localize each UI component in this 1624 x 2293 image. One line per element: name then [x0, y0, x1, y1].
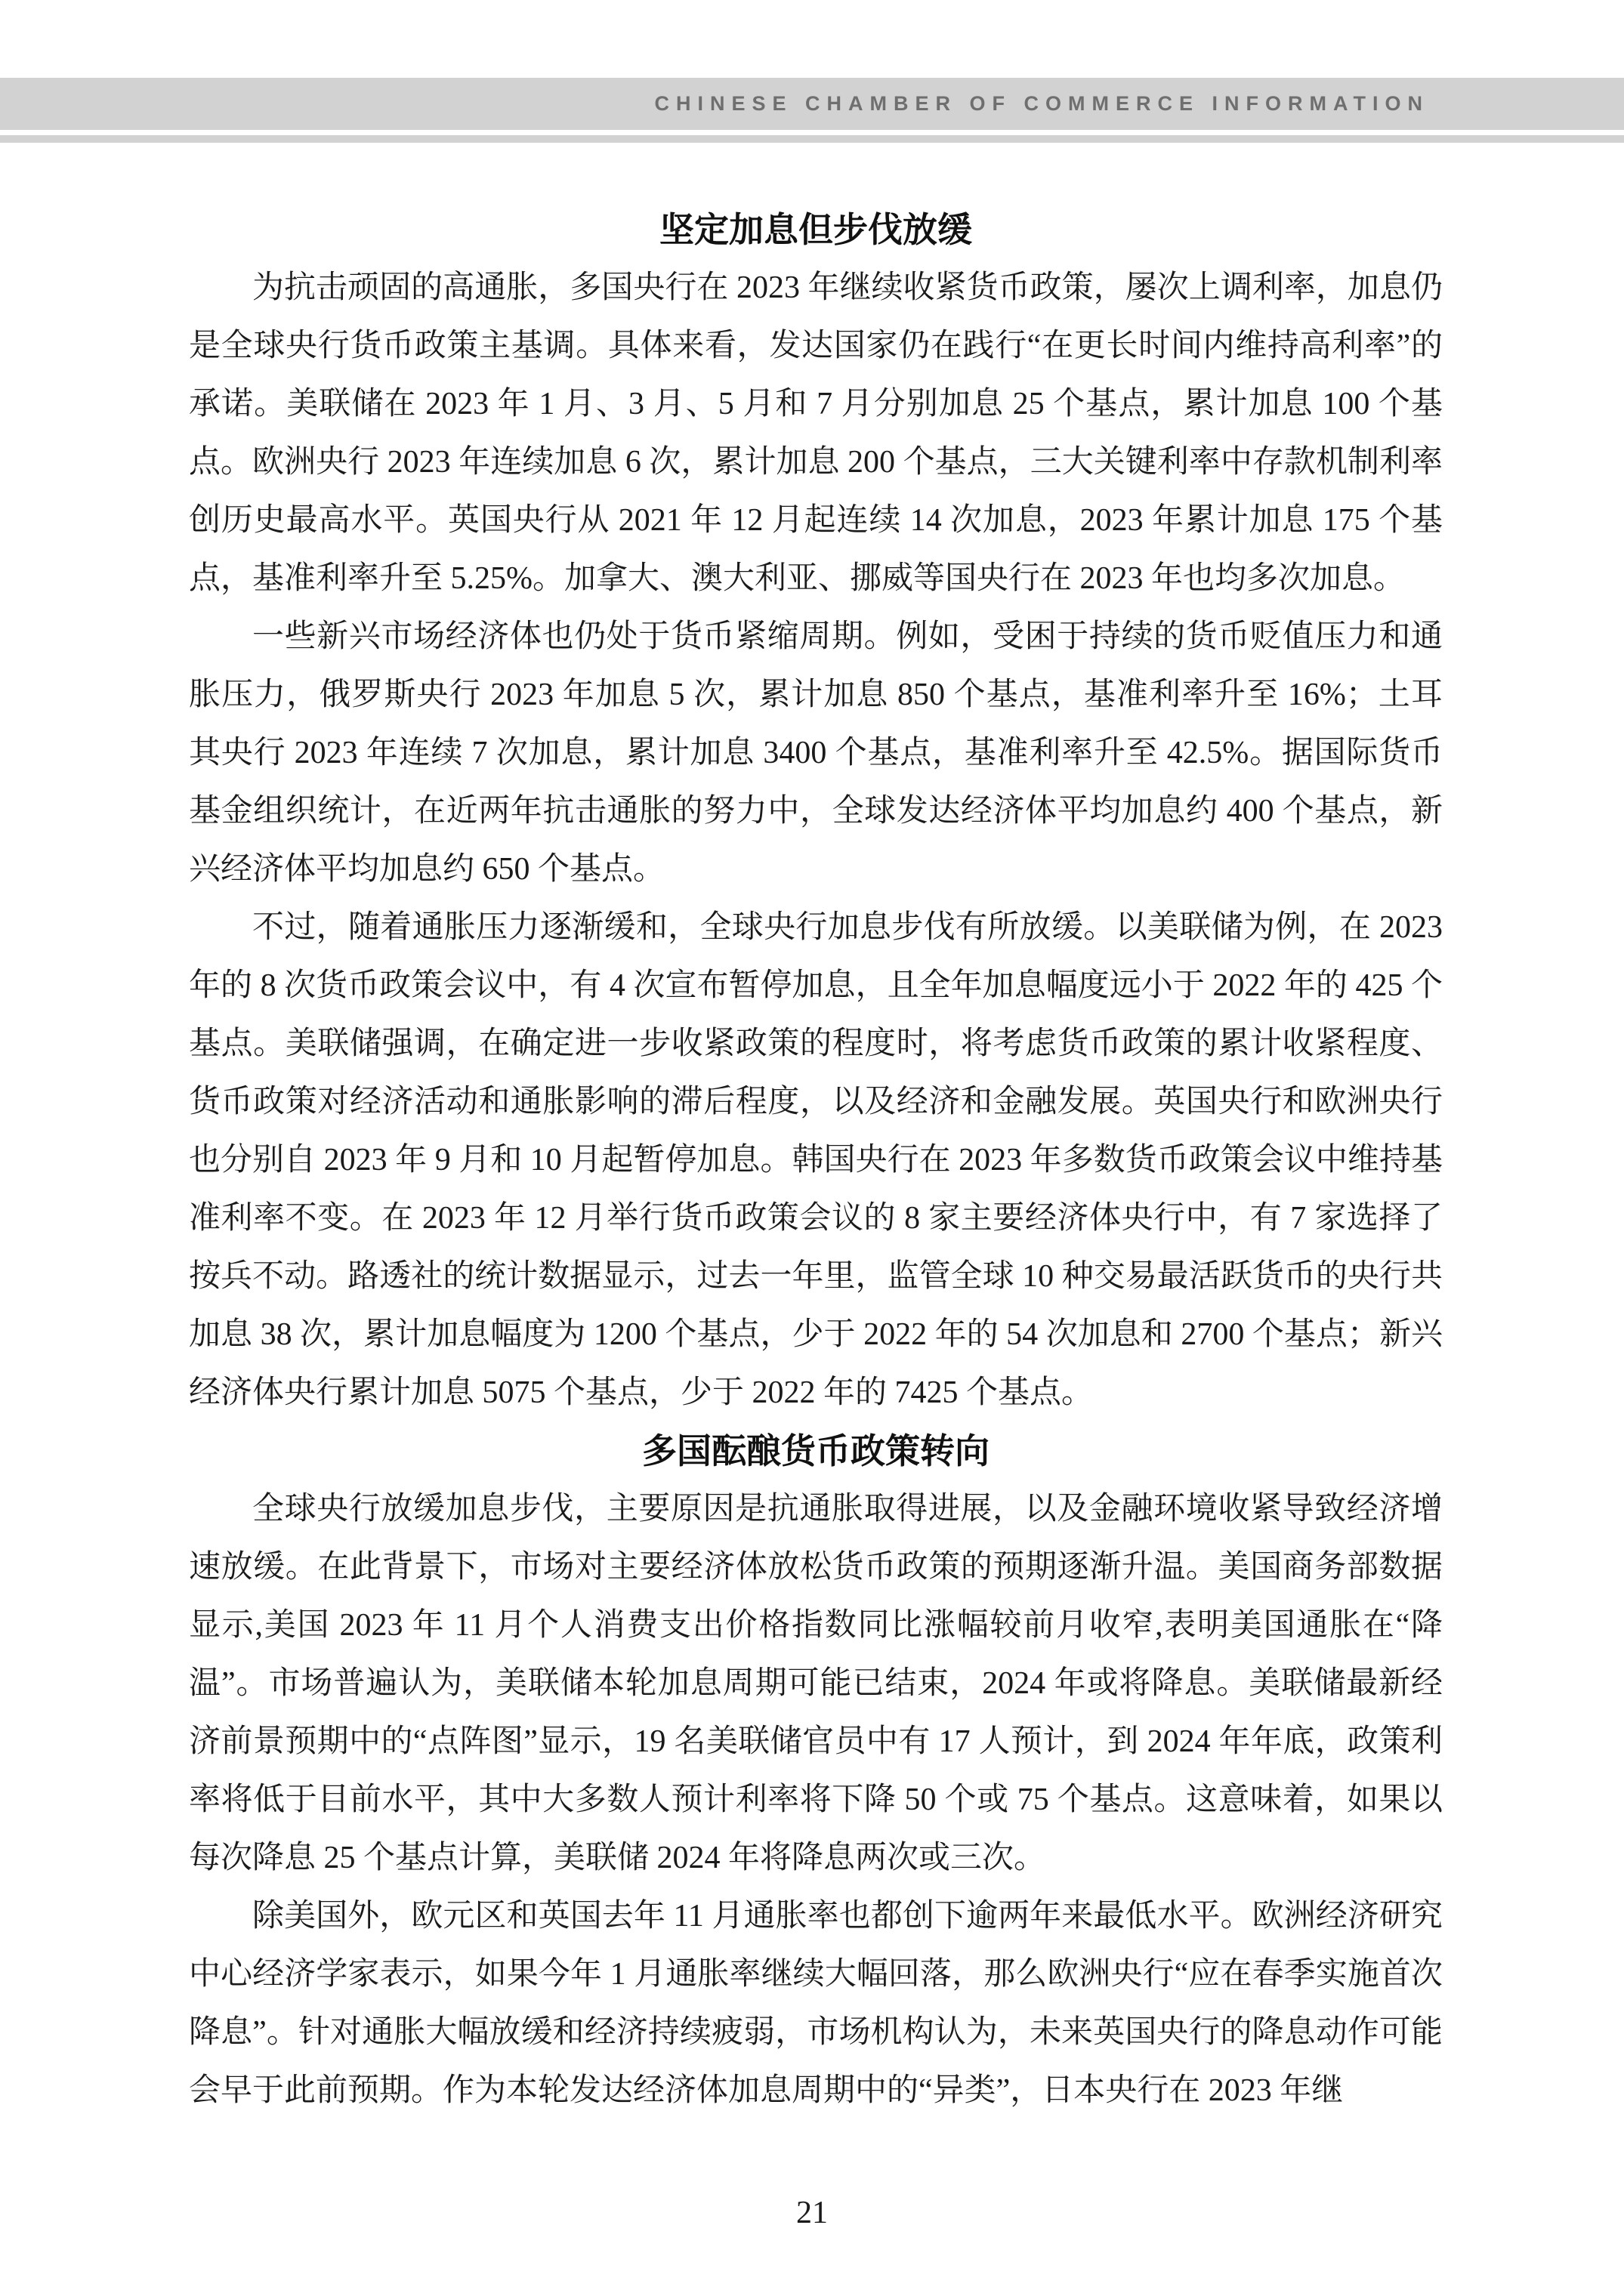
header-banner-text: CHINESE CHAMBER OF COMMERCE INFORMATION: [655, 92, 1430, 116]
header-banner-divider: [0, 135, 1624, 143]
paragraph: 为抗击顽固的高通胀，多国央行在 2023 年继续收紧货币政策，屡次上调利率，加息…: [189, 259, 1443, 608]
paragraph: 不过，随着通胀压力逐渐缓和，全球央行加息步伐有所放缓。以美联储为例，在 2023…: [189, 899, 1443, 1422]
section2-title: 多国酝酿货币政策转向: [189, 1422, 1443, 1480]
paragraph: 一些新兴市场经济体也仍处于货币紧缩周期。例如，受困于持续的货币贬值压力和通胀压力…: [189, 608, 1443, 899]
section1-title: 坚定加息但步伐放缓: [189, 201, 1443, 259]
paragraph: 全球央行放缓加息步伐，主要原因是抗通胀取得进展，以及金融环境收紧导致经济增速放缓…: [189, 1480, 1443, 1887]
page-number: 21: [0, 2194, 1624, 2232]
header-banner: CHINESE CHAMBER OF COMMERCE INFORMATION: [0, 78, 1624, 130]
document-page: CHINESE CHAMBER OF COMMERCE INFORMATION …: [0, 0, 1624, 2293]
paragraph: 除美国外，欧元区和英国去年 11 月通胀率也都创下逾两年来最低水平。欧洲经济研究…: [189, 1887, 1443, 2120]
article-body: 坚定加息但步伐放缓 为抗击顽固的高通胀，多国央行在 2023 年继续收紧货币政策…: [189, 201, 1443, 2120]
